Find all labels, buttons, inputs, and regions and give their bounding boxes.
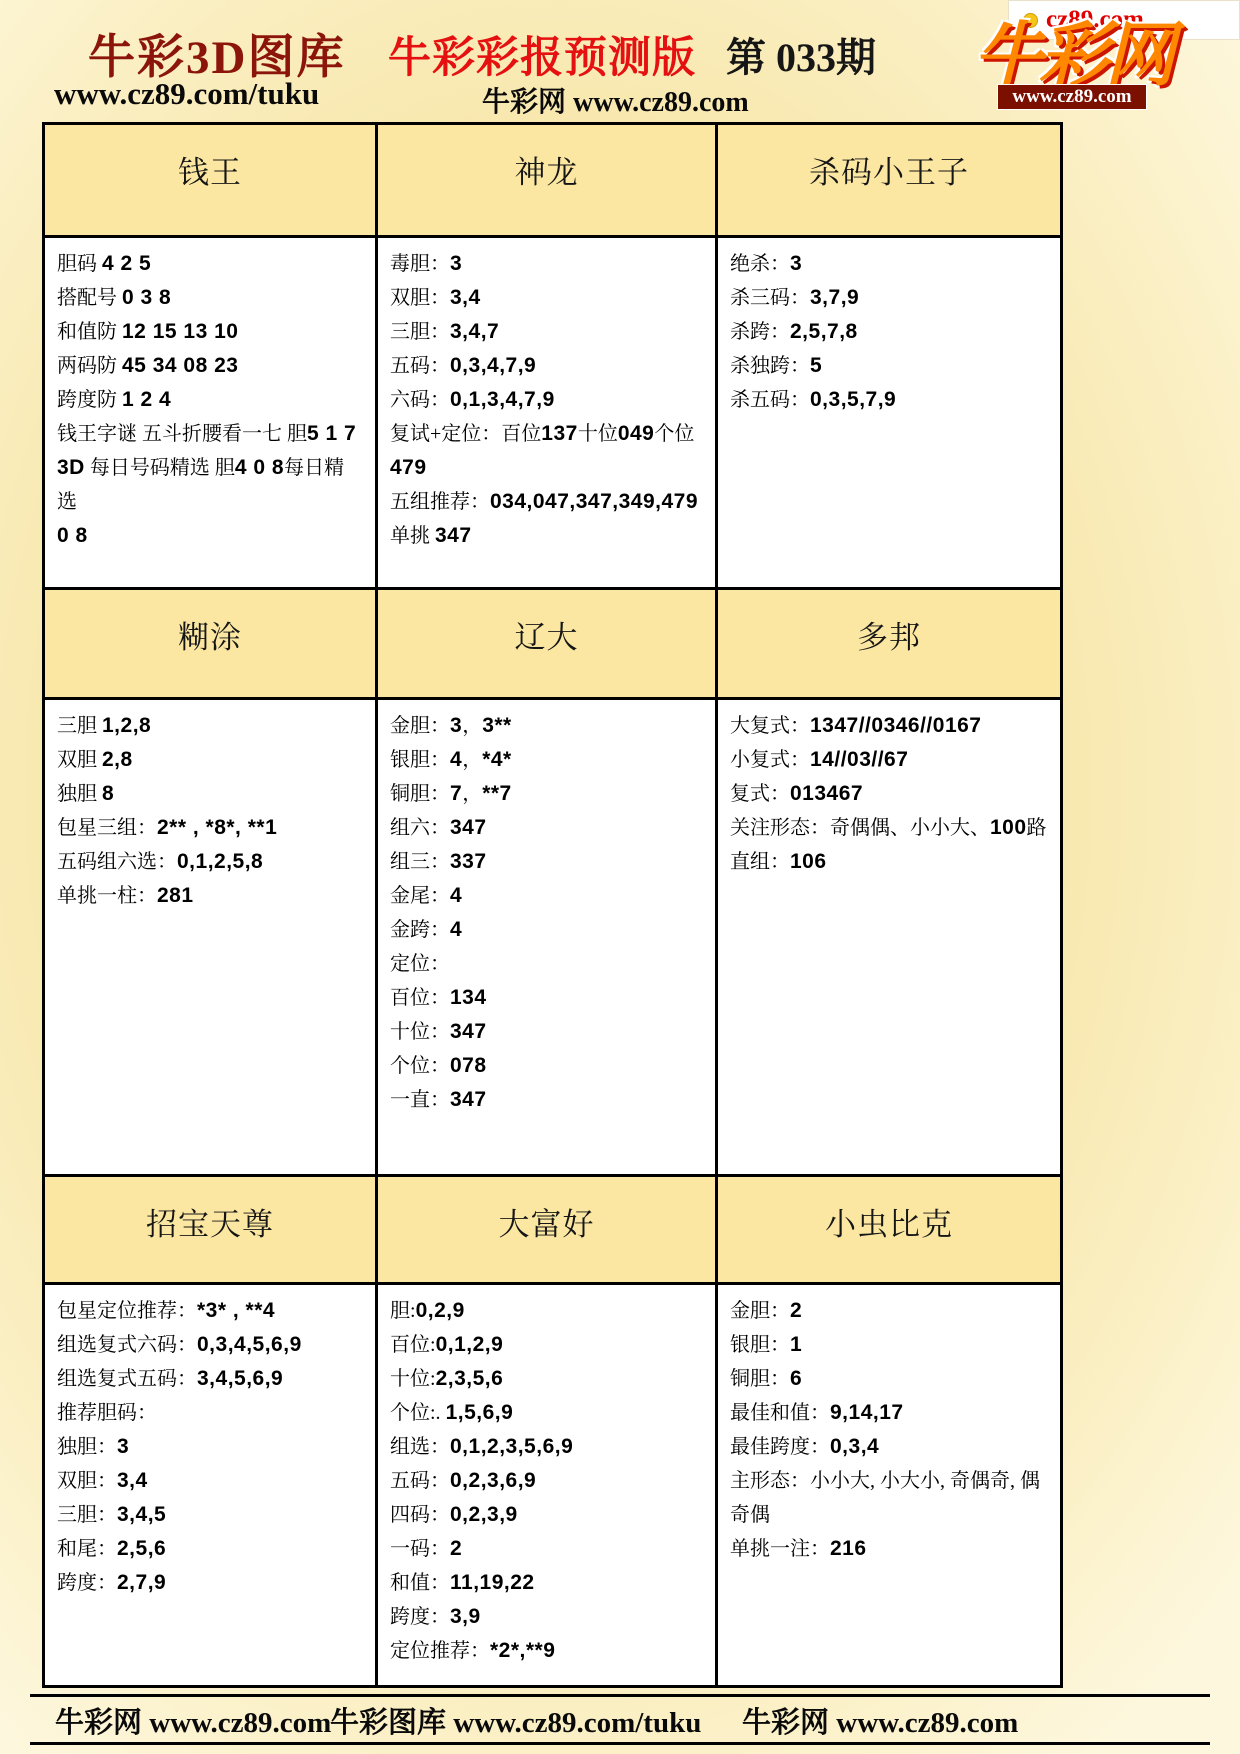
prediction-label: 复式： [730, 783, 790, 805]
prediction-label: 跨度： [390, 1606, 450, 1628]
content-line: 搭配号 0 3 8 [57, 281, 363, 315]
prediction-value: 347 [435, 524, 472, 547]
content-line: 铜胆：7，**7 [390, 777, 703, 811]
content-line: 三胆：3,4,7 [390, 315, 703, 349]
prediction-label: 金胆： [390, 715, 450, 737]
content-line: 双胆：3,4 [390, 281, 703, 315]
prediction-value: 3,4 [117, 1469, 148, 1492]
content-line: 大复式：1347//0346//0167 [730, 709, 1048, 743]
content-line: 和尾：2,5,6 [57, 1532, 363, 1566]
prediction-value: 3 [450, 252, 462, 275]
prediction-label: 三胆： [57, 1504, 117, 1526]
prediction-value: 2,5,7,8 [790, 320, 858, 343]
prediction-label: 绝杀： [730, 253, 790, 275]
content-line: 跨度：3,9 [390, 1600, 703, 1634]
content-line: 百位：134 [390, 981, 703, 1015]
prediction-value: 0,1,3,4,7,9 [450, 388, 555, 411]
prediction-value: 2,8 [102, 748, 133, 771]
content-line: 和值防 12 15 13 10 [57, 315, 363, 349]
prediction-label: 双胆 [57, 749, 102, 771]
prediction-label: 十位 [578, 423, 618, 445]
prediction-label: 单挑一注： [730, 1538, 830, 1560]
prediction-value: 9,14,17 [830, 1401, 904, 1424]
content-line: 金尾：4 [390, 879, 703, 913]
prediction-label: 金跨： [390, 919, 450, 941]
prediction-value: 0,1,2,5,8 [177, 850, 263, 873]
content-line: 关注形态：奇偶偶、小小大、100路 [730, 811, 1048, 845]
content-line: 组选复式六码：0,3,4,5,6,9 [57, 1328, 363, 1362]
footer-rule-top [30, 1694, 1210, 1697]
prediction-value: 2,7,9 [117, 1571, 166, 1594]
prediction-label: 和尾： [57, 1538, 117, 1560]
content-line: 杀独跨：5 [730, 349, 1048, 383]
prediction-value: 4 [450, 748, 462, 771]
prediction-label: 独胆 [57, 783, 102, 805]
prediction-value: 4 2 5 [102, 252, 151, 275]
prediction-label: 组选： [390, 1436, 450, 1458]
prediction-value: 3,4 [450, 286, 481, 309]
content-line: 金胆：2 [730, 1294, 1048, 1328]
prediction-label: 跨度： [57, 1572, 117, 1594]
footer-link-1: 牛彩网 www.cz89.com [55, 1700, 331, 1741]
content-line: 和值：11,19,22 [390, 1566, 703, 1600]
content-line: 跨度：2,7,9 [57, 1566, 363, 1600]
prediction-label: 一直： [390, 1089, 450, 1111]
prediction-value: 0,2,9 [416, 1299, 465, 1322]
prediction-value: *2*,**9 [490, 1639, 555, 1662]
content-line: 定位： [390, 947, 703, 981]
section-content-zhaobaotianzun: 包星定位推荐：*3* , **4组选复式六码：0,3,4,5,6,9组选复式五码… [45, 1285, 378, 1685]
content-line: 包星三组：2** , *8*, **1 [57, 811, 363, 845]
content-line: 0 8 [57, 519, 363, 553]
prediction-value: 3,7,9 [810, 286, 859, 309]
prediction-value: 0,1,2,9 [436, 1333, 504, 1356]
prediction-value: 6 [790, 1367, 802, 1390]
content-line: 组六：347 [390, 811, 703, 845]
prediction-value: 0,3,5,7,9 [810, 388, 896, 411]
content-line: 十位：347 [390, 1015, 703, 1049]
content-line: 胆:0,2,9 [390, 1294, 703, 1328]
prediction-label: 双胆： [390, 287, 450, 309]
prediction-label: 单挑一柱： [57, 885, 157, 907]
prediction-label: 和值： [390, 1572, 450, 1594]
prediction-label: 两码防 [57, 355, 122, 377]
prediction-value: 2,3,5,6 [436, 1367, 504, 1390]
content-line: 单挑一柱：281 [57, 879, 363, 913]
prediction-board: 钱王 神龙 杀码小王子 胆码 4 2 5搭配号 0 3 8和值防 12 15 1… [42, 122, 1063, 1688]
content-line: 杀五码：0,3,5,7,9 [730, 383, 1048, 417]
prediction-value: 216 [830, 1537, 867, 1560]
prediction-value: 134 [450, 986, 487, 1009]
prediction-label: 组选复式六码： [57, 1334, 197, 1356]
content-line: 钱王字谜 五斗折腰看一七 胆5 1 7 [57, 417, 363, 451]
content-line: 银胆：4，*4* [390, 743, 703, 777]
prediction-value: 7 [450, 782, 462, 805]
prediction-value: 11,19,22 [450, 1571, 535, 1594]
prediction-label: 铜胆： [730, 1368, 790, 1390]
prediction-value: 106 [790, 850, 827, 873]
section-content-duobang: 大复式：1347//0346//0167小复式：14//03//67复式：013… [718, 700, 1060, 1177]
prediction-value: **7 [482, 782, 512, 805]
prediction-label: 包星三组： [57, 817, 157, 839]
content-line: 独胆：3 [57, 1430, 363, 1464]
prediction-value: 3,9 [450, 1605, 481, 1628]
prediction-label: 独胆： [57, 1436, 117, 1458]
prediction-label: 个位： [390, 1055, 450, 1077]
prediction-label: 钱王字谜 五斗折腰看一七 胆 [57, 423, 307, 445]
content-line: 个位:. 1,5,6,9 [390, 1396, 703, 1430]
content-line: 三胆 1,2,8 [57, 709, 363, 743]
content-line: 五码：0,2,3,6,9 [390, 1464, 703, 1498]
prediction-label: 百位： [390, 987, 450, 1009]
prediction-label: 四码： [390, 1504, 450, 1526]
content-line: 毒胆：3 [390, 247, 703, 281]
prediction-label: 和值防 [57, 321, 122, 343]
prediction-value: 8 [102, 782, 114, 805]
content-line: 五码：0,3,4,7,9 [390, 349, 703, 383]
footer-rule-bottom [30, 1742, 1210, 1745]
prediction-value: 3 [117, 1435, 129, 1458]
prediction-label: 双胆： [57, 1470, 117, 1492]
prediction-label: 主形态：小小大, 小大小, 奇偶奇, 偶奇偶 [730, 1470, 1040, 1526]
prediction-value: 479 [390, 456, 427, 479]
prediction-label: 路 [1027, 817, 1047, 839]
content-line: 定位推荐：*2*,**9 [390, 1634, 703, 1668]
prediction-value: 3,4,5 [117, 1503, 166, 1526]
content-line: 双胆：3,4 [57, 1464, 363, 1498]
prediction-value: 3 [450, 714, 462, 737]
prediction-value: 281 [157, 884, 194, 907]
section-content-shenlong: 毒胆：3双胆：3,4三胆：3,4,7五码：0,3,4,7,9六码：0,1,3,4… [378, 238, 718, 590]
content-line: 小复式：14//03//67 [730, 743, 1048, 777]
prediction-label: 小复式： [730, 749, 810, 771]
content-line: 单挑一注：216 [730, 1532, 1048, 1566]
prediction-label: 五码： [390, 355, 450, 377]
footer-link-2: 牛彩图库 www.cz89.com/tuku [330, 1700, 701, 1741]
prediction-value: 013467 [790, 782, 863, 805]
prediction-label: 六码： [390, 389, 450, 411]
prediction-label: 最佳和值： [730, 1402, 830, 1424]
section-header-xiaochongbike: 小虫比克 [718, 1177, 1060, 1285]
prediction-label: 组三： [390, 851, 450, 873]
prediction-value: 0 8 [57, 524, 88, 547]
prediction-label: 五码组六选： [57, 851, 177, 873]
content-line: 跨度防 1 2 4 [57, 383, 363, 417]
content-line: 479 [390, 451, 703, 485]
footer-link-3: 牛彩网 www.cz89.com [742, 1700, 1018, 1741]
prediction-label: 跨度防 [57, 389, 122, 411]
section-content-liaoda: 金胆：3，3**银胆：4，*4*铜胆：7，**7组六：347组三：337金尾：4… [378, 700, 718, 1177]
content-line: 复试+定位：百位137十位049个位 [390, 417, 703, 451]
prediction-value: *4* [482, 748, 512, 771]
section-header-zhaobaotianzun: 招宝天尊 [45, 1177, 378, 1285]
content-line: 最佳和值：9,14,17 [730, 1396, 1048, 1430]
issue-number: 第 033期 [726, 26, 876, 83]
section-header-dafuhao: 大富好 [378, 1177, 718, 1285]
prediction-value: 337 [450, 850, 487, 873]
prediction-value: 2,5,6 [117, 1537, 166, 1560]
prediction-label: 三胆 [57, 715, 102, 737]
prediction-label: 搭配号 [57, 287, 122, 309]
content-line: 四码：0,2,3,9 [390, 1498, 703, 1532]
prediction-value: 45 34 08 23 [122, 354, 238, 377]
prediction-value: 4 [450, 884, 462, 907]
prediction-value: 5 1 7 [307, 422, 356, 445]
prediction-value: 0,3,4 [830, 1435, 879, 1458]
content-line: 组选复式五码：3,4,5,6,9 [57, 1362, 363, 1396]
prediction-value: 14//03//67 [810, 748, 908, 771]
content-line: 个位：078 [390, 1049, 703, 1083]
content-line: 双胆 2,8 [57, 743, 363, 777]
prediction-label: 胆: [390, 1300, 416, 1322]
prediction-label: 最佳跨度： [730, 1436, 830, 1458]
content-line: 百位:0,1,2,9 [390, 1328, 703, 1362]
content-line: 单挑 347 [390, 519, 703, 553]
content-line: 铜胆：6 [730, 1362, 1048, 1396]
prediction-value: 034,047,347,349,479 [490, 490, 698, 513]
prediction-value: 3** [482, 714, 512, 737]
content-line: 独胆 8 [57, 777, 363, 811]
content-line: 复式：013467 [730, 777, 1048, 811]
prediction-value: 049 [618, 422, 655, 445]
content-line: 两码防 45 34 08 23 [57, 349, 363, 383]
prediction-value: 0 3 8 [122, 286, 171, 309]
prediction-value: 2 [450, 1537, 462, 1560]
prediction-label: 大复式： [730, 715, 810, 737]
prediction-label: 关注形态：奇偶偶、小小大、 [730, 817, 990, 839]
section-header-hutu: 糊涂 [45, 590, 378, 700]
prediction-label: 银胆： [390, 749, 450, 771]
content-line: 组三：337 [390, 845, 703, 879]
site-logo-url: www.cz89.com [997, 84, 1146, 110]
content-line: 金胆：3，3** [390, 709, 703, 743]
prediction-label: 五组推荐： [390, 491, 490, 513]
prediction-label: ， [462, 783, 482, 805]
content-line: 六码：0,1,3,4,7,9 [390, 383, 703, 417]
prediction-label: 个位:. [390, 1402, 446, 1424]
prediction-value: 3,4,5,6,9 [197, 1367, 283, 1390]
content-line: 一码：2 [390, 1532, 703, 1566]
section-content-dafuhao: 胆:0,2,9百位:0,1,2,9十位:2,3,5,6个位:. 1,5,6,9组… [378, 1285, 718, 1685]
prediction-value: 2** , *8*, **1 [157, 816, 277, 839]
prediction-label: 胆码 [57, 253, 102, 275]
prediction-label: 个位 [654, 423, 694, 445]
section-header-shenlong: 神龙 [378, 125, 718, 238]
content-line: 十位:2,3,5,6 [390, 1362, 703, 1396]
prediction-label: 杀三码： [730, 287, 810, 309]
prediction-value: 0,3,4,5,6,9 [197, 1333, 302, 1356]
content-line: 胆码 4 2 5 [57, 247, 363, 281]
content-line: 五组推荐：034,047,347,349,479 [390, 485, 703, 519]
prediction-value: 137 [541, 422, 578, 445]
prediction-label: 直组： [730, 851, 790, 873]
prediction-value: 0,3,4,7,9 [450, 354, 536, 377]
content-line: 3D 每日号码精选 胆4 0 8每日精选 [57, 451, 363, 519]
prediction-label: 复试+定位：百位 [390, 423, 541, 445]
section-header-shamaxiaowangzi: 杀码小王子 [718, 125, 1060, 238]
content-line: 杀跨：2,5,7,8 [730, 315, 1048, 349]
prediction-label: 一码： [390, 1538, 450, 1560]
content-line: 包星定位推荐：*3* , **4 [57, 1294, 363, 1328]
prediction-value: 1 [790, 1333, 802, 1356]
prediction-value: 3D [57, 456, 85, 479]
prediction-label: 三胆： [390, 321, 450, 343]
prediction-value: 4 0 8 [235, 456, 284, 479]
section-content-hutu: 三胆 1,2,8双胆 2,8独胆 8包星三组：2** , *8*, **1五码组… [45, 700, 378, 1177]
prediction-value: 0,1,2,3,5,6,9 [450, 1435, 573, 1458]
prediction-label: ， [462, 715, 482, 737]
content-line: 金跨：4 [390, 913, 703, 947]
section-header-qianwang: 钱王 [45, 125, 378, 238]
prediction-label: 毒胆： [390, 253, 450, 275]
content-line: 直组：106 [730, 845, 1048, 879]
section-header-duobang: 多邦 [718, 590, 1060, 700]
prediction-value: 5 [810, 354, 822, 377]
content-line: 杀三码：3,7,9 [730, 281, 1048, 315]
prediction-label: 推荐胆码： [57, 1402, 157, 1424]
prediction-label: 十位： [390, 1021, 450, 1043]
content-line: 绝杀：3 [730, 247, 1048, 281]
site-logo: 牛彩网 www.cz89.com [922, 26, 1222, 110]
prediction-value: 1 2 4 [122, 388, 171, 411]
prediction-value: 4 [450, 918, 462, 941]
prediction-label: 包星定位推荐： [57, 1300, 197, 1322]
prediction-label: 杀五码： [730, 389, 810, 411]
prediction-value: 1347//0346//0167 [810, 714, 982, 737]
prediction-label: 杀跨： [730, 321, 790, 343]
prediction-label: 五码： [390, 1470, 450, 1492]
prediction-value: 347 [450, 1020, 487, 1043]
section-content-xiaochongbike: 金胆：2银胆：1铜胆：6最佳和值：9,14,17最佳跨度：0,3,4主形态：小小… [718, 1285, 1060, 1685]
prediction-label: 金尾： [390, 885, 450, 907]
prediction-label: ， [462, 749, 482, 771]
prediction-label: 十位: [390, 1368, 436, 1390]
content-line: 主形态：小小大, 小大小, 奇偶奇, 偶奇偶 [730, 1464, 1048, 1532]
prediction-label: 定位： [390, 953, 450, 975]
section-content-qianwang: 胆码 4 2 5搭配号 0 3 8和值防 12 15 13 10两码防 45 3… [45, 238, 378, 590]
content-line: 最佳跨度：0,3,4 [730, 1430, 1048, 1464]
prediction-label: 组选复式五码： [57, 1368, 197, 1390]
content-line: 三胆：3,4,5 [57, 1498, 363, 1532]
section-content-shamaxiaowangzi: 绝杀：3杀三码：3,7,9杀跨：2,5,7,8杀独跨：5杀五码：0,3,5,7,… [718, 238, 1060, 590]
masthead-url-left: www.cz89.com/tuku [54, 76, 319, 112]
prediction-value: 078 [450, 1054, 487, 1077]
prediction-label: 组六： [390, 817, 450, 839]
prediction-value: 347 [450, 816, 487, 839]
prediction-value: 347 [450, 1088, 487, 1111]
content-line: 推荐胆码： [57, 1396, 363, 1430]
prediction-value: 2 [790, 1299, 802, 1322]
prediction-label: 杀独跨： [730, 355, 810, 377]
prediction-value: 3 [790, 252, 802, 275]
prediction-label: 单挑 [390, 525, 435, 547]
content-line: 一直：347 [390, 1083, 703, 1117]
prediction-label: 定位推荐： [390, 1640, 490, 1662]
content-line: 银胆：1 [730, 1328, 1048, 1362]
prediction-value: 1,2,8 [102, 714, 151, 737]
section-header-liaoda: 辽大 [378, 590, 718, 700]
prediction-value: *3* , **4 [197, 1299, 275, 1322]
prediction-label: 铜胆： [390, 783, 450, 805]
prediction-label: 每日号码精选 胆 [85, 457, 235, 479]
masthead-url-mid: 牛彩网 www.cz89.com [482, 80, 749, 120]
site-logo-text: 牛彩网 [922, 26, 1222, 88]
content-line: 组选：0,1,2,3,5,6,9 [390, 1430, 703, 1464]
prediction-value: 0,2,3,9 [450, 1503, 518, 1526]
masthead-title-mid: 牛彩彩报预测版 [388, 24, 696, 85]
content-line: 五码组六选：0,1,2,5,8 [57, 845, 363, 879]
prediction-value: 0,2,3,6,9 [450, 1469, 536, 1492]
prediction-label: 金胆： [730, 1300, 790, 1322]
prediction-value: 12 15 13 10 [122, 320, 238, 343]
prediction-label: 银胆： [730, 1334, 790, 1356]
prediction-value: 100 [990, 816, 1027, 839]
prediction-value: 1,5,6,9 [446, 1401, 514, 1424]
prediction-value: 3,4,7 [450, 320, 499, 343]
prediction-label: 百位: [390, 1334, 436, 1356]
